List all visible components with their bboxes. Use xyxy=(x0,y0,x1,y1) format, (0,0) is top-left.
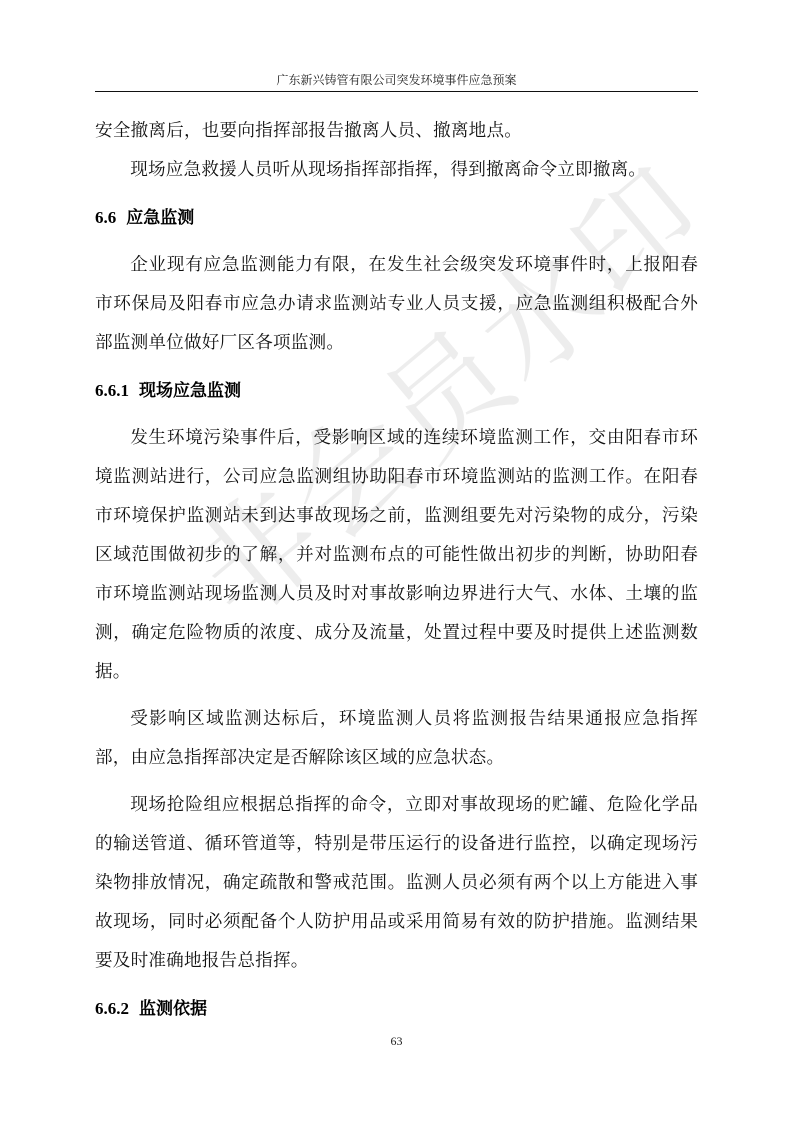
paragraph: 现场应急救援人员听从现场指挥部指挥，得到撤离命令立即撤离。 xyxy=(95,151,698,190)
subsection-heading: 6.6.1现场应急监测 xyxy=(95,371,698,411)
section-number: 6.6.2 xyxy=(95,999,129,1018)
section-title: 现场应急监测 xyxy=(139,381,241,401)
paragraph: 现场抢险组应根据总指挥的命令，立即对事故现场的贮罐、危险化学品的输送管道、循环管… xyxy=(95,786,698,981)
document-body: 安全撤离后，也要向指挥部报告撤离人员、撤离地点。 现场应急救援人员听从现场指挥部… xyxy=(95,112,698,1029)
section-number: 6.6.1 xyxy=(95,381,129,400)
section-heading: 6.6应急监测 xyxy=(95,198,698,238)
subsection-heading: 6.6.2监测依据 xyxy=(95,989,698,1029)
section-title: 监测依据 xyxy=(139,999,207,1019)
paragraph: 受影响区域监测达标后，环境监测人员将监测报告结果通报应急指挥部，由应急指挥部决定… xyxy=(95,700,698,778)
page-number: 63 xyxy=(0,1034,793,1049)
paragraph: 企业现有应急监测能力有限，在发生社会级突发环境事件时，上报阳春市环保局及阳春市应… xyxy=(95,246,698,363)
section-number: 6.6 xyxy=(95,208,116,227)
paragraph: 发生环境污染事件后，受影响区域的连续环境监测工作，交由阳春市环境监测站进行，公司… xyxy=(95,419,698,692)
page-header: 广东新兴铸管有限公司突发环境事件应急预案 xyxy=(95,72,698,88)
section-title: 应急监测 xyxy=(126,208,194,228)
paragraph: 安全撤离后，也要向指挥部报告撤离人员、撤离地点。 xyxy=(95,112,698,151)
header-divider xyxy=(95,91,698,92)
